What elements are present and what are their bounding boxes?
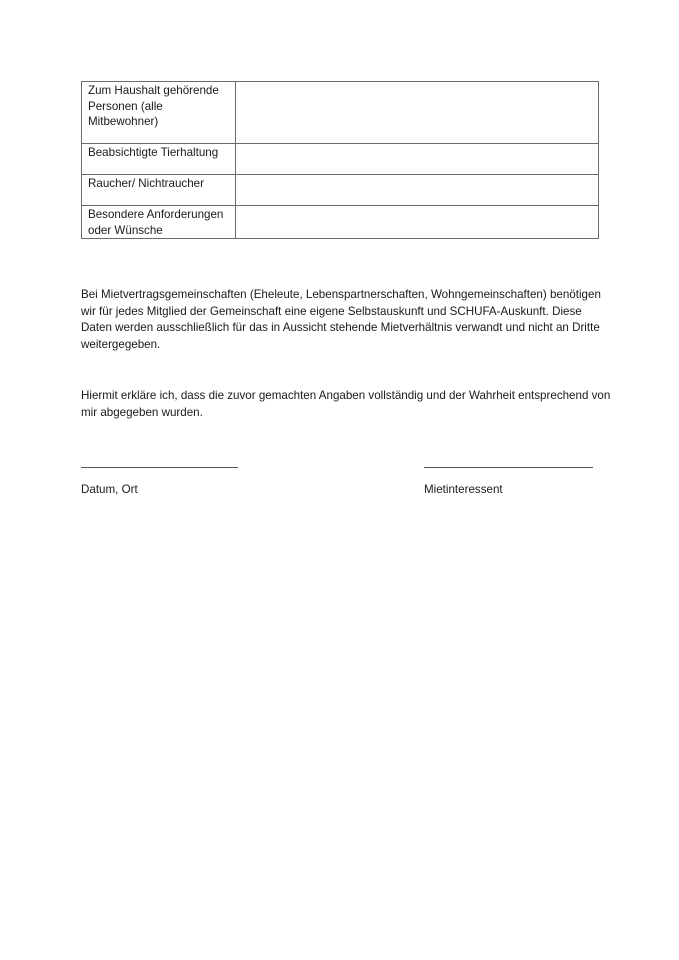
rental-community-notice: Bei Mietvertragsgemeinschaften (Eheleute… bbox=[81, 287, 611, 354]
row-value-household-members[interactable] bbox=[236, 82, 599, 144]
row-label-smoker: Raucher/ Nichtraucher bbox=[82, 175, 236, 206]
row-value-smoker[interactable] bbox=[236, 175, 599, 206]
row-value-pets[interactable] bbox=[236, 144, 599, 175]
applicant-label: Mietinteressent bbox=[424, 482, 503, 498]
row-label-pets: Beabsichtigte Tierhaltung bbox=[82, 144, 236, 175]
household-info-table: Zum Haushalt gehörende Personen (alle Mi… bbox=[81, 81, 599, 239]
date-place-label: Datum, Ort bbox=[81, 482, 138, 498]
date-place-signature-line[interactable] bbox=[81, 467, 238, 468]
row-value-special-requests[interactable] bbox=[236, 206, 599, 239]
applicant-signature-line[interactable] bbox=[424, 467, 593, 468]
document-page: Zum Haushalt gehörende Personen (alle Mi… bbox=[0, 0, 679, 960]
table-row: Beabsichtigte Tierhaltung bbox=[82, 144, 599, 175]
table-row: Zum Haushalt gehörende Personen (alle Mi… bbox=[82, 82, 599, 144]
table-row: Raucher/ Nichtraucher bbox=[82, 175, 599, 206]
row-label-household-members: Zum Haushalt gehörende Personen (alle Mi… bbox=[82, 82, 236, 144]
table-row: Besondere Anforderungen oder Wünsche bbox=[82, 206, 599, 239]
declaration-text: Hiermit erkläre ich, dass die zuvor gema… bbox=[81, 388, 611, 421]
row-label-special-requests: Besondere Anforderungen oder Wünsche bbox=[82, 206, 236, 239]
